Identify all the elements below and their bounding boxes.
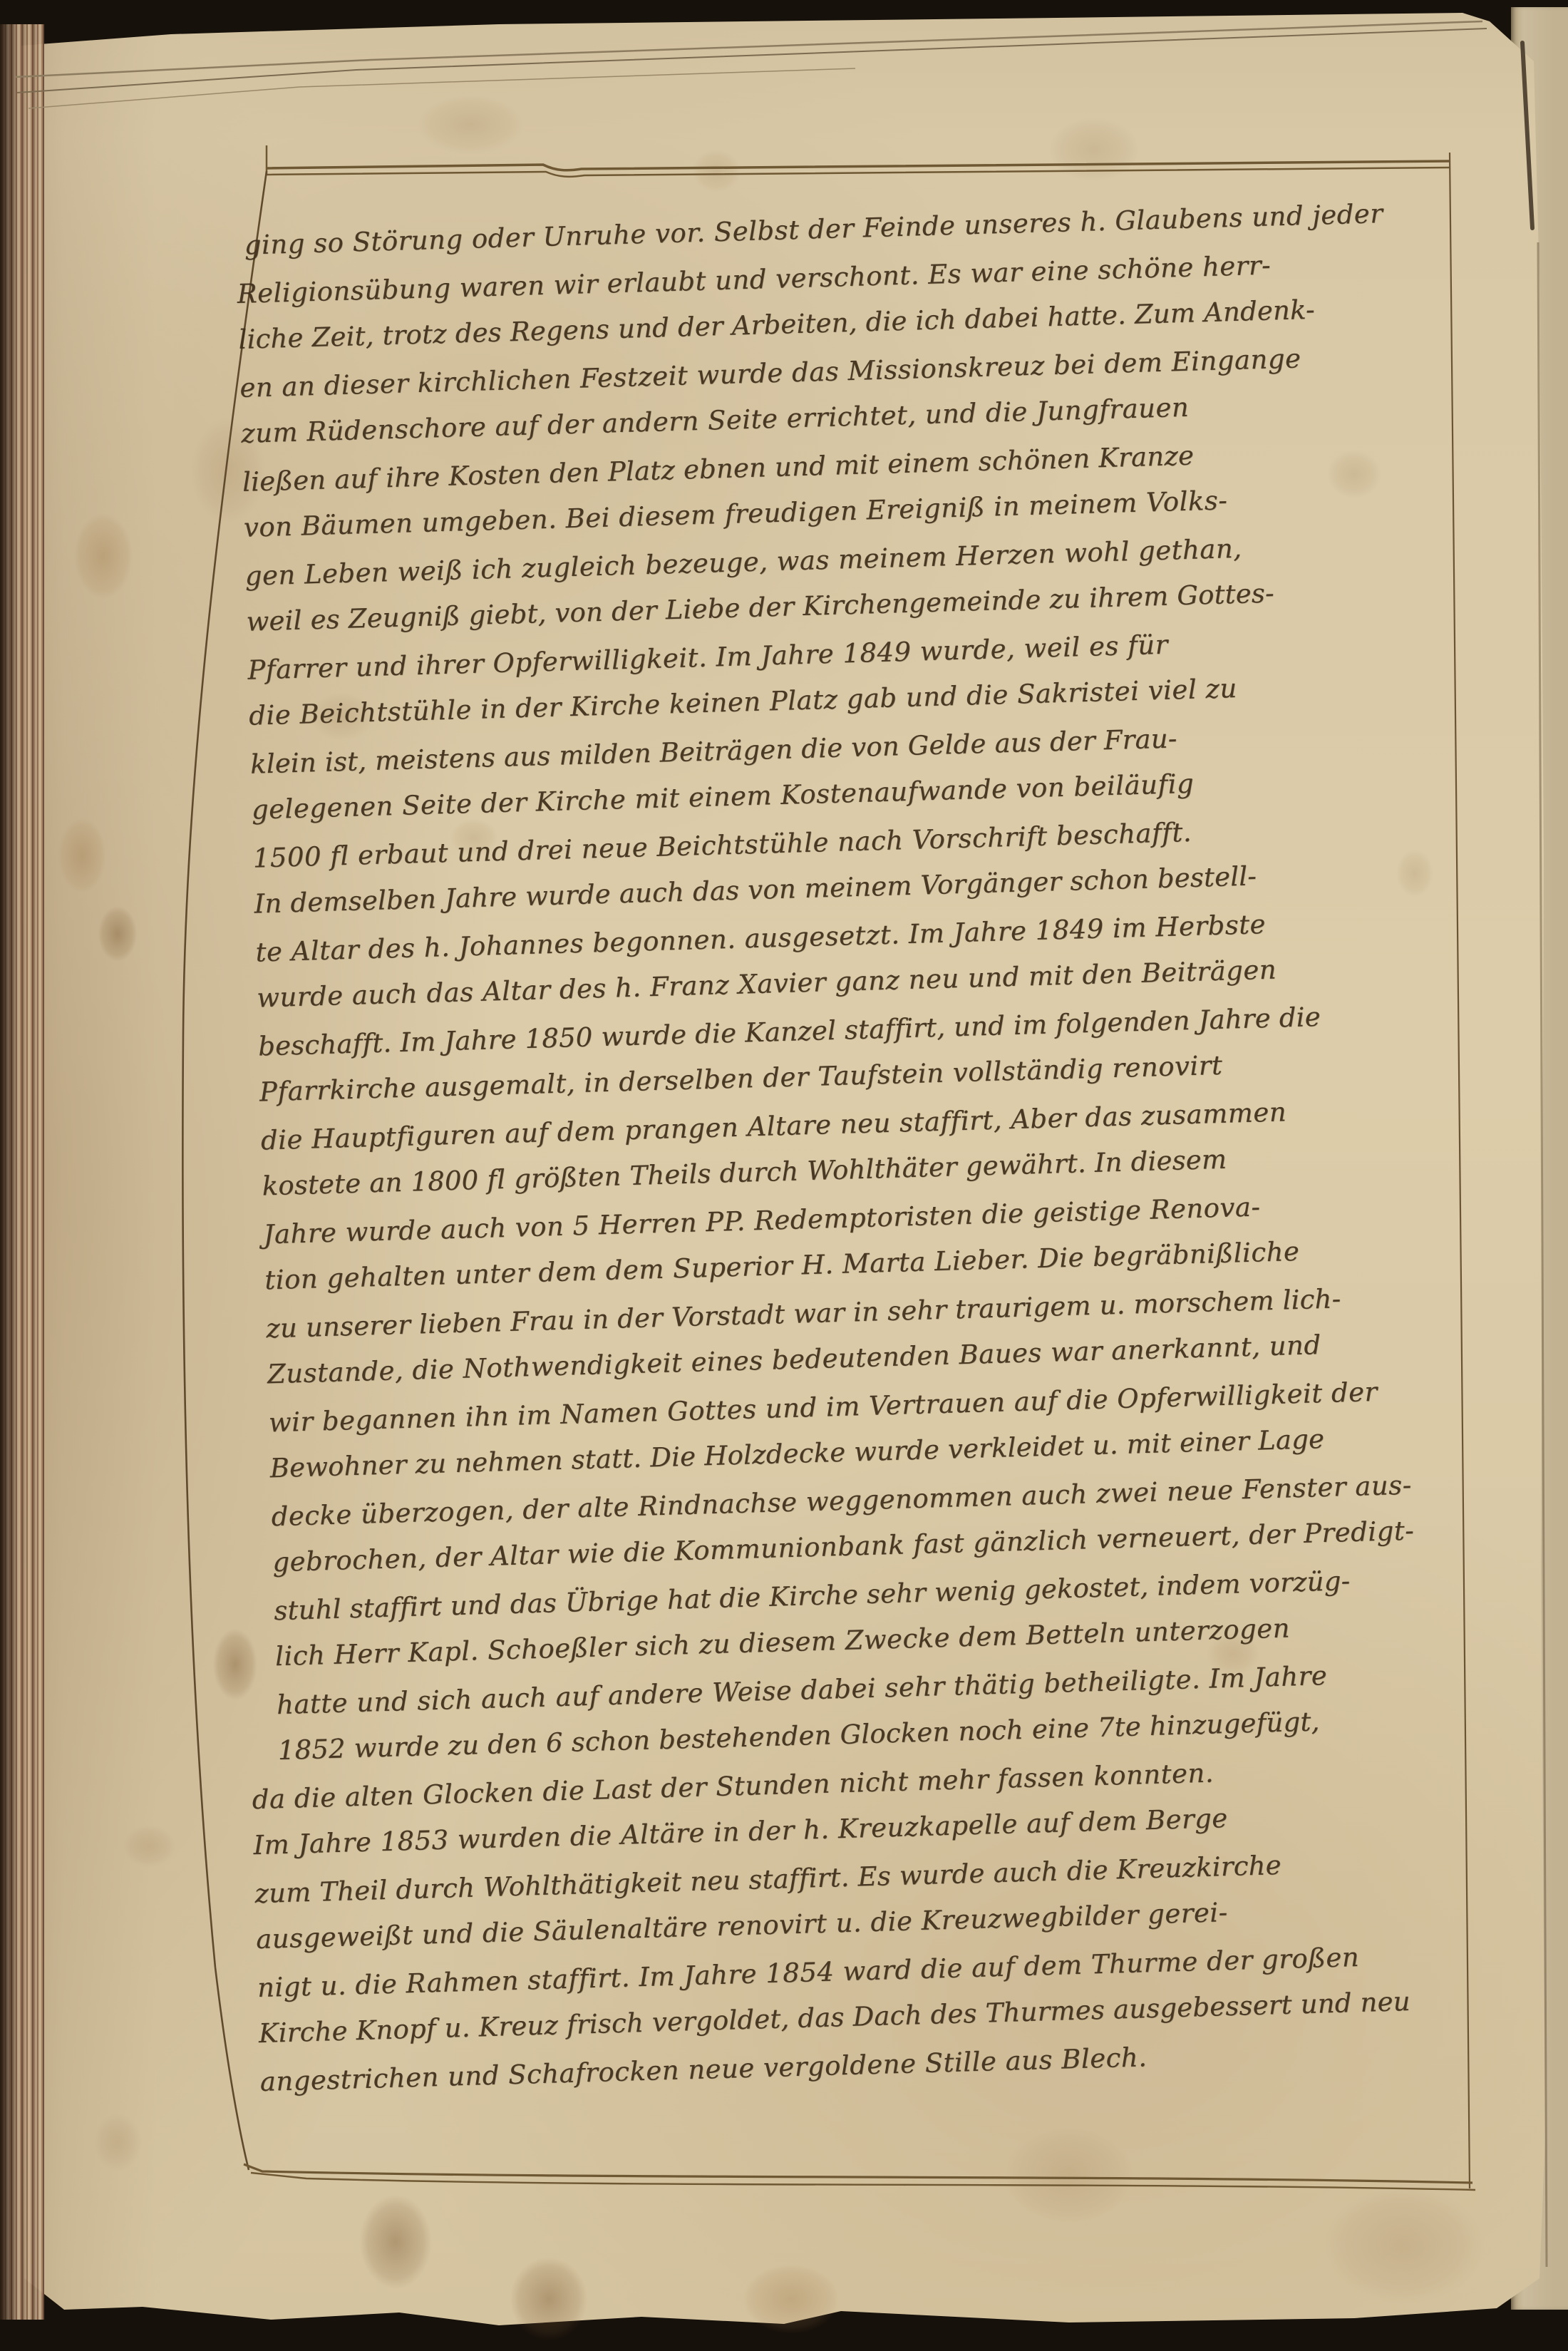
fore-edge-crease [1538,242,1547,2267]
manuscript-text: ging so Störung oder Unruhe vor. Selbst … [235,189,1499,2104]
book-photo: { "page": { "colors": { "background": "#… [0,0,1568,2351]
page-stack-edge-line [17,29,1487,93]
page-stack-edge-line [29,68,855,108]
frame-bottom-line [244,2164,1472,2183]
page-crease [1522,43,1532,228]
page-stack-edge-line [16,21,1482,77]
frame-top-line-2 [267,168,1450,177]
